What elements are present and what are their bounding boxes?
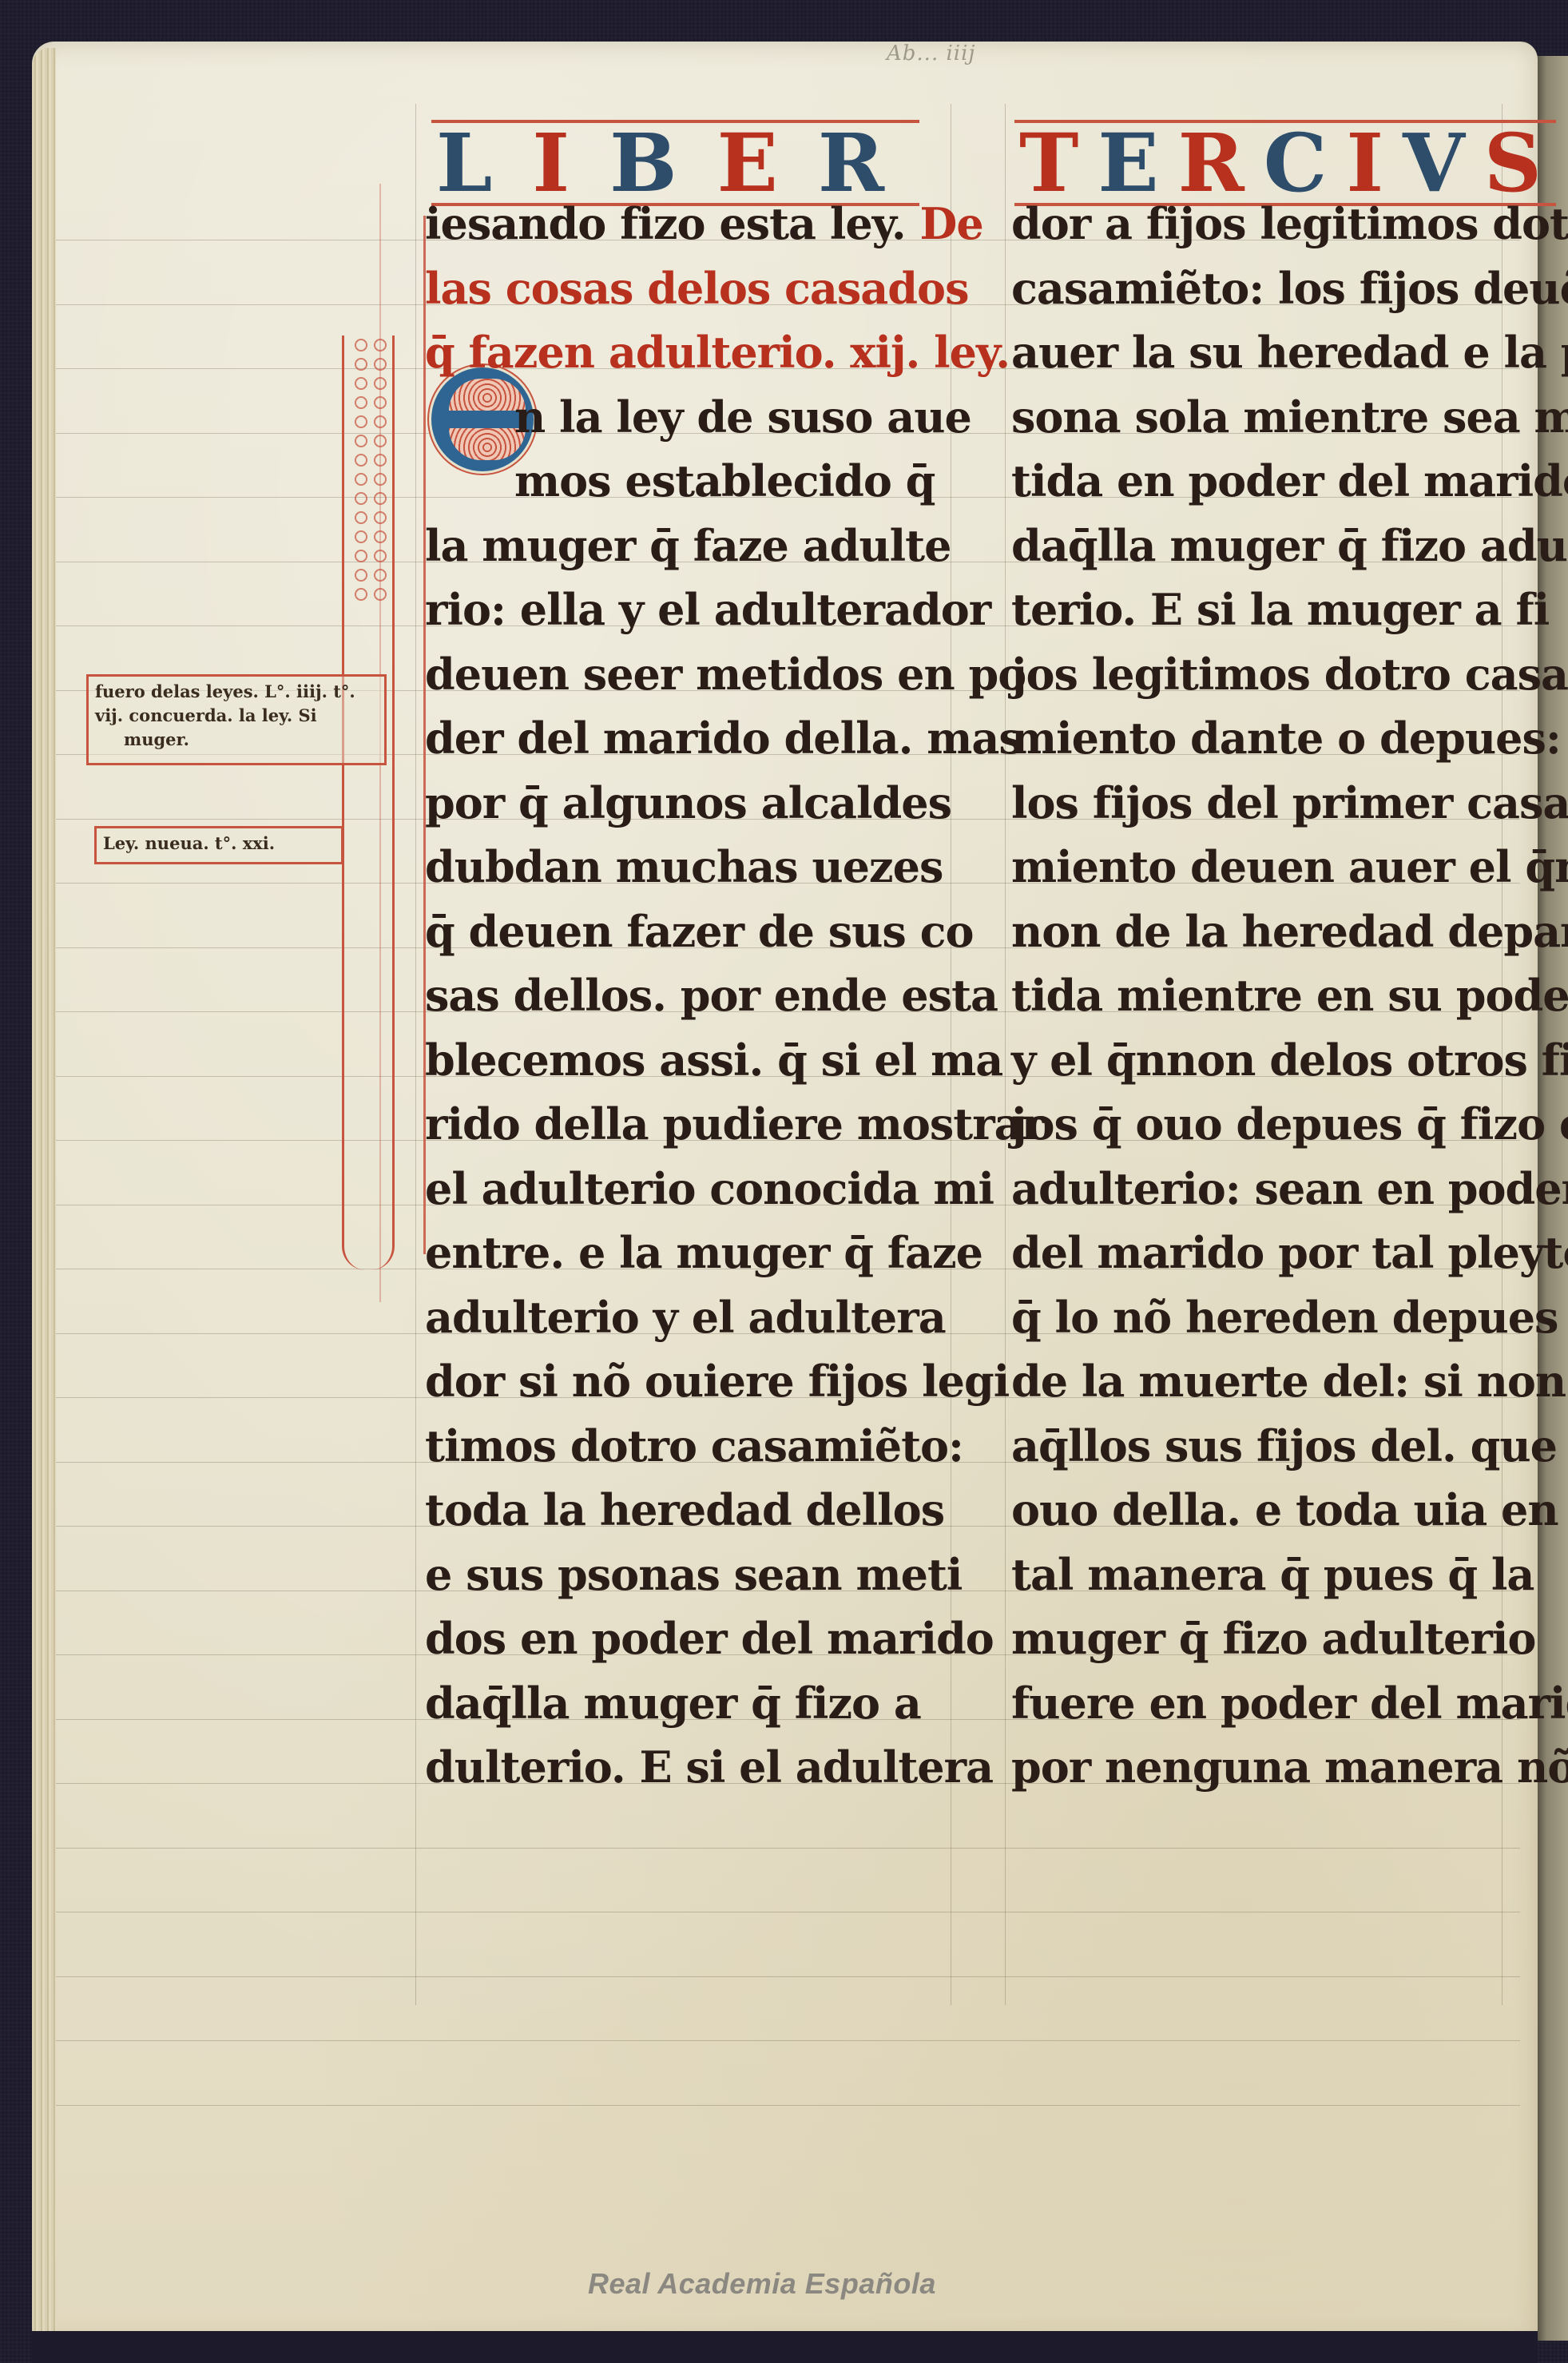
text-line: daq̄lla muger q̄ fizo a xyxy=(425,1671,936,1736)
column-rule xyxy=(1005,104,1006,2005)
text-line: dor a fijos legitimos dotro xyxy=(1011,192,1499,256)
text-line: mos establecido q̄ xyxy=(425,449,936,514)
margin-note-ley-nueua: Ley. nueua. t°. xxi. xyxy=(94,826,343,864)
text-line: miento dante o depues: xyxy=(1011,706,1499,771)
text-line: blecemos assi. q̄ si el ma xyxy=(425,1028,936,1093)
text-line: dulterio. E si el adultera xyxy=(425,1735,936,1800)
text-line: deuen seer metidos en po xyxy=(425,642,936,707)
text-line: el adulterio conocida mi xyxy=(425,1157,936,1221)
text-line: dor si nõ ouiere fijos legi xyxy=(425,1349,936,1414)
text-line: adulterio y el adultera xyxy=(425,1285,936,1350)
text-line: timos dotro casamiẽto: xyxy=(425,1414,936,1479)
text-line: tal manera q̄ pues q̄ la xyxy=(1011,1543,1499,1607)
rubric-text: De xyxy=(919,198,982,249)
text-line: casamiẽto: los fijos deuẽ xyxy=(1011,256,1499,321)
column-rule xyxy=(415,104,416,2005)
text-line: tida en poder del marido xyxy=(1011,449,1499,514)
text-line: los fijos del primer casa xyxy=(1011,771,1499,836)
text-line: sona sola mientre sea me xyxy=(1011,385,1499,450)
text-line: dos en poder del marido xyxy=(425,1606,936,1671)
text-line: miento deuen auer el q̄n xyxy=(1011,835,1499,900)
text-line: adulterio: sean en poder xyxy=(1011,1157,1499,1221)
text-column-right: dor a fijos legitimos dotro casamiẽto: l… xyxy=(1011,192,1499,1800)
text-line: der del marido della. mas xyxy=(425,706,936,771)
text-line: iesando fizo esta ley. De xyxy=(425,192,936,256)
text-line: non de la heredad depar xyxy=(1011,900,1499,964)
rubric-line: las cosas delos casados xyxy=(425,256,936,321)
text-line: dubdan muchas uezes xyxy=(425,835,936,900)
penwork-scrolls xyxy=(351,336,391,607)
note-line: fuero delas leyes. L°. iiij. t°. xyxy=(95,680,378,704)
running-title-liber: LIBER xyxy=(431,120,919,200)
text-line: fuere en poder del marido: xyxy=(1011,1671,1499,1736)
text-column-left: iesando fizo esta ley. De las cosas delo… xyxy=(425,192,936,1800)
note-line: Ley. nueua. t°. xxi. xyxy=(103,832,335,856)
text-line: rido della pudiere mostrar xyxy=(425,1092,936,1157)
ruling-line xyxy=(56,2105,1520,2106)
text-line: jos q̄ ouo depues q̄ fizo el xyxy=(1011,1092,1499,1157)
ruling-line xyxy=(56,2040,1520,2041)
note-line: vij. concuerda. la ley. Si xyxy=(95,704,378,728)
running-title-tercius: TERCIVS xyxy=(1014,120,1556,200)
text-line: por nenguna manera nõ xyxy=(1011,1735,1499,1800)
text-line: q̄ lo nõ hereden depues xyxy=(1011,1285,1499,1350)
text-line: muger q̄ fizo adulterio xyxy=(1011,1606,1499,1671)
ruling-line xyxy=(56,1976,1520,1977)
note-line: muger. xyxy=(95,728,378,752)
line-text: iesando fizo esta ley. xyxy=(425,198,906,249)
text-line: la muger q̄ faze adulte xyxy=(425,514,936,578)
text-line: entre. e la muger q̄ faze xyxy=(425,1221,936,1285)
text-line: jos legitimos dotro casa xyxy=(1011,642,1499,707)
text-line: y el q̄nnon delos otros fi xyxy=(1011,1028,1499,1093)
text-line: de la muerte del: si non xyxy=(1011,1349,1499,1414)
margin-note-fuero: fuero delas leyes. L°. iiij. t°. vij. co… xyxy=(86,674,387,765)
text-line: tida mientre en su poder. xyxy=(1011,963,1499,1028)
text-line: ouo della. e toda uia en xyxy=(1011,1478,1499,1543)
text-line: terio. E si la muger a fi xyxy=(1011,578,1499,642)
watermark-text: Real Academia Española xyxy=(588,2267,936,2301)
ruling-line xyxy=(56,1912,1520,1912)
text-line: sas dellos. por ende esta xyxy=(425,963,936,1028)
bottom-cloth xyxy=(32,2331,1538,2363)
text-line: rio: ella y el adulterador xyxy=(425,578,936,642)
text-line: daq̄lla muger q̄ fizo adul xyxy=(1011,514,1499,578)
text-line: q̄ deuen fazer de sus co xyxy=(425,900,936,964)
page-stack-edges xyxy=(32,48,56,2333)
ruling-line xyxy=(56,1848,1520,1849)
text-line: toda la heredad dellos xyxy=(425,1478,936,1543)
text-line: auer la su heredad e la p xyxy=(1011,320,1499,385)
text-line: aq̄llos sus fijos del. que xyxy=(1011,1414,1499,1479)
text-line: por q̄ algunos alcaldes xyxy=(425,771,936,836)
text-line: n la ley de suso aue xyxy=(425,385,936,450)
text-line: e sus psonas sean meti xyxy=(425,1543,936,1607)
text-line: del marido por tal pleyto xyxy=(1011,1221,1499,1285)
rubric-line: q̄ fazen adulterio. xij. ley. xyxy=(425,320,936,385)
pencil-folio-note: Ab... iiij xyxy=(887,42,976,66)
